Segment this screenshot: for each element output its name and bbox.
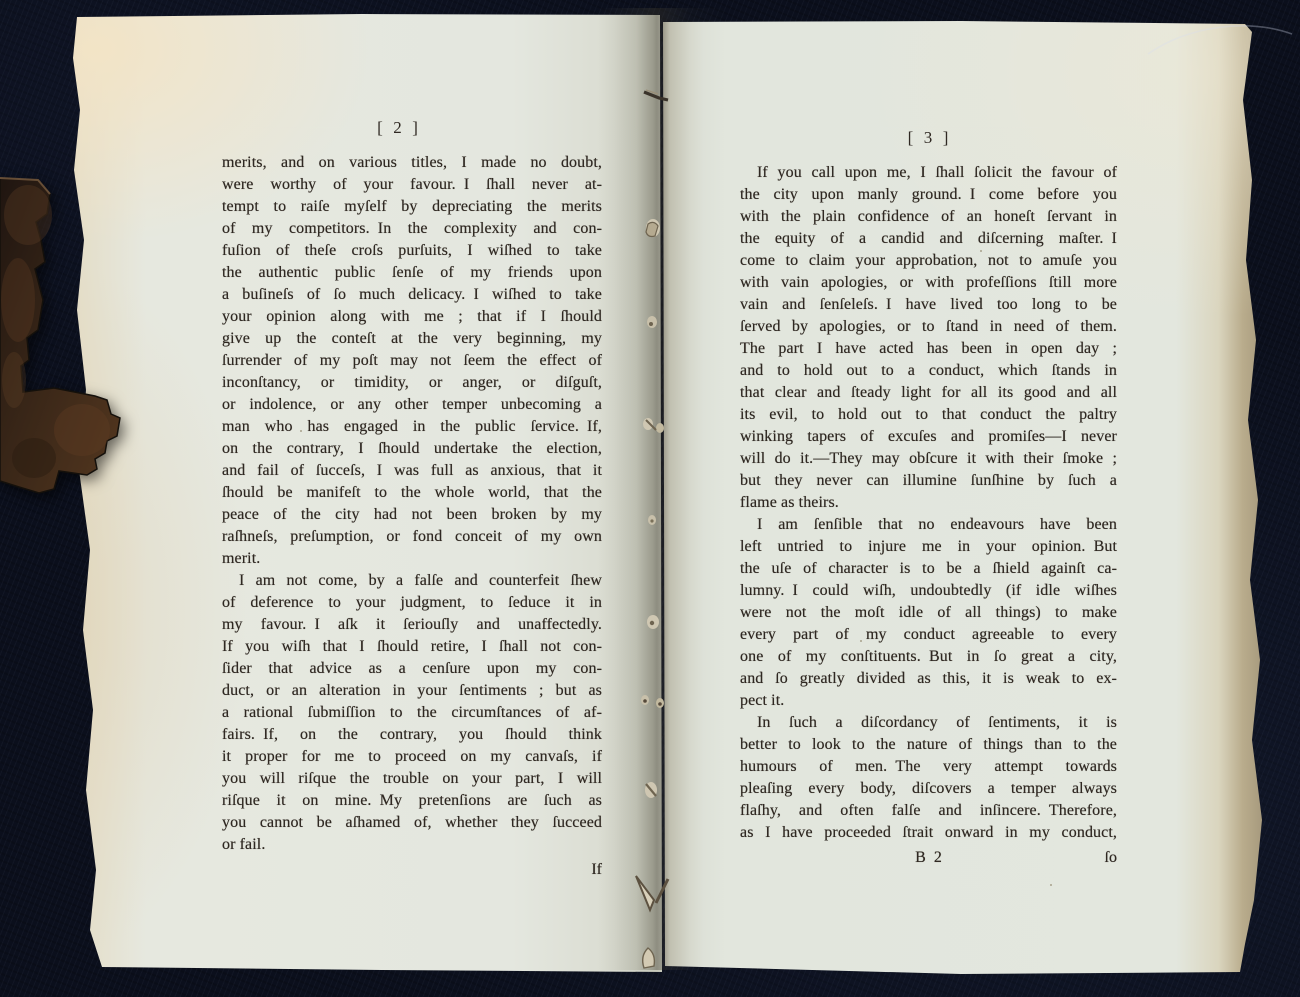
text-line: fuſion of theſe croſs purſuits, I wiſhed…: [222, 240, 602, 262]
dust-speck: [1050, 884, 1052, 886]
right-text-block: If you call upon me, I ſhall ſolicit the…: [740, 162, 1117, 844]
text-line: of my competitors. In the complexity and…: [222, 218, 602, 240]
text-line: humours of men. The very attempt towards: [740, 756, 1117, 778]
left-page: [ 2 ] merits, and on various titles, I m…: [62, 10, 662, 978]
text-line: duct, or an alteration in your ſentiment…: [222, 680, 602, 702]
text-line: with the plain confidence of an honeſt ſ…: [740, 206, 1117, 228]
text-line: lumny. I could wiſh, undoubtedly (if idl…: [740, 580, 1117, 602]
left-catchword: If: [222, 859, 602, 881]
left-text-block: merits, and on various titles, I made no…: [222, 152, 602, 856]
dust-speck: [520, 690, 522, 692]
text-line: my favour. I aſk it ſeriouſly and unaffe…: [222, 614, 602, 636]
photo-scene: [ 2 ] merits, and on various titles, I m…: [0, 0, 1300, 997]
text-line: your opinion along with me ; that if I ſ…: [222, 306, 602, 328]
text-line: I am not come, by a falſe and counterfei…: [222, 570, 602, 592]
text-line: man who has engaged in the public ſervic…: [222, 416, 602, 438]
left-page-number: [ 2 ]: [208, 116, 588, 140]
text-line: with vain apologies, or with profeſſions…: [740, 272, 1117, 294]
text-line: pleaſing every body, diſcovers a temper …: [740, 778, 1117, 800]
right-page: [ 3 ] If you call upon me, I ſhall ſolic…: [661, 14, 1267, 978]
text-line: were not the moſt idle of all things) to…: [740, 602, 1117, 624]
dust-speck: [980, 250, 982, 252]
text-line: were worthy of your favour. I ſhall neve…: [222, 174, 602, 196]
right-catchword: ſo: [1105, 847, 1117, 869]
text-line: I am ſenſible that no endeavours have be…: [740, 514, 1117, 536]
text-line: flame as theirs.: [740, 492, 1117, 514]
text-line: one of my conſtituents. But in ſo great …: [740, 646, 1117, 668]
text-line: riſque it on mine. My pretenſions are ſu…: [222, 790, 602, 812]
dust-speck: [860, 640, 862, 642]
text-line: fairs. If, on the contrary, you ſhould t…: [222, 724, 602, 746]
text-line: If you wiſh that I ſhould retire, I ſhal…: [222, 636, 602, 658]
text-line: peace of the city had not been broken by…: [222, 504, 602, 526]
text-line: the equity of a candid and diſcerning ma…: [740, 228, 1117, 250]
text-line: raſhneſs, preſumption, or fond conceit o…: [222, 526, 602, 548]
text-line: inconſtancy, or timidity, or anger, or d…: [222, 372, 602, 394]
text-line: the uſe of character is to be a ſhield a…: [740, 558, 1117, 580]
text-line: that clear and ſteady light for all its …: [740, 382, 1117, 404]
text-line: In ſuch a diſcordancy of ſentiments, it …: [740, 712, 1117, 734]
text-line: the authentic public ſenſe of my friends…: [222, 262, 602, 284]
text-line: the city upon manly ground. I come befor…: [740, 184, 1117, 206]
text-line: ſider that advice as a cenſure upon my c…: [222, 658, 602, 680]
text-line: and ſo greatly divided as this, it is we…: [740, 668, 1117, 690]
text-line: left untried to injure me in your opinio…: [740, 536, 1117, 558]
text-line: its evil, to hold out to that conduct th…: [740, 404, 1117, 426]
text-line: give up the conteſt at the very beginnin…: [222, 328, 602, 350]
text-line: pect it.: [740, 690, 1117, 712]
text-line: ſhould be manifeſt to the whole world, t…: [222, 482, 602, 504]
text-line: ſurrender of my poſt may not ſeem the ef…: [222, 350, 602, 372]
text-line: tempt to raiſe myſelf by depreciating th…: [222, 196, 602, 218]
text-line: and to hold out to a conduct, which ſtan…: [740, 360, 1117, 382]
text-line: a buſineſs of ſo much delicacy. I wiſhed…: [222, 284, 602, 306]
text-line: ſerved by apologies, or to ſtand in need…: [740, 316, 1117, 338]
text-line: merits, and on various titles, I made no…: [222, 152, 602, 174]
text-line: or fail.: [222, 834, 602, 856]
left-page-text: [ 2 ] merits, and on various titles, I m…: [222, 116, 602, 881]
signature-mark: B 2: [915, 847, 942, 869]
text-line: better to look to the nature of things t…: [740, 734, 1117, 756]
text-line: you cannot be aſhamed of, whether they ſ…: [222, 812, 602, 834]
text-line: come to claim your approbation, not to a…: [740, 250, 1117, 272]
text-line: or indolence, or any other temper unbeco…: [222, 394, 602, 416]
text-line: The part I have acted has been in open d…: [740, 338, 1117, 360]
text-line: winking tapers of excuſes and promiſes—I…: [740, 426, 1117, 448]
text-line: you will riſque the trouble on your part…: [222, 768, 602, 790]
right-page-footer: B 2 ſo: [740, 847, 1117, 869]
text-line: will do it.—They may obſcure it with the…: [740, 448, 1117, 470]
text-line: on the contrary, I ſhould undertake the …: [222, 438, 602, 460]
text-line: vain and ſenſeleſs. I have lived too lon…: [740, 294, 1117, 316]
text-line: it proper for me to proceed on my canvaſ…: [222, 746, 602, 768]
right-page-number: [ 3 ]: [740, 126, 1117, 150]
text-line: as I have proceeded ſtrait onward in my …: [740, 822, 1117, 844]
dust-speck: [300, 430, 302, 432]
text-line: but they never can illumine ſunſhine by …: [740, 470, 1117, 492]
text-line: every part of my conduct agreeable to ev…: [740, 624, 1117, 646]
text-line: and fail of ſucceſs, I was full as anxio…: [222, 460, 602, 482]
text-line: a rational ſubmiſſion to the circumſtanc…: [222, 702, 602, 724]
text-line: of deference to your judgment, to ſeduce…: [222, 592, 602, 614]
text-line: If you call upon me, I ſhall ſolicit the…: [740, 162, 1117, 184]
text-line: flaſhy, and often falſe and inſincere. T…: [740, 800, 1117, 822]
text-line: merit.: [222, 548, 602, 570]
right-page-text: [ 3 ] If you call upon me, I ſhall ſolic…: [740, 126, 1117, 869]
